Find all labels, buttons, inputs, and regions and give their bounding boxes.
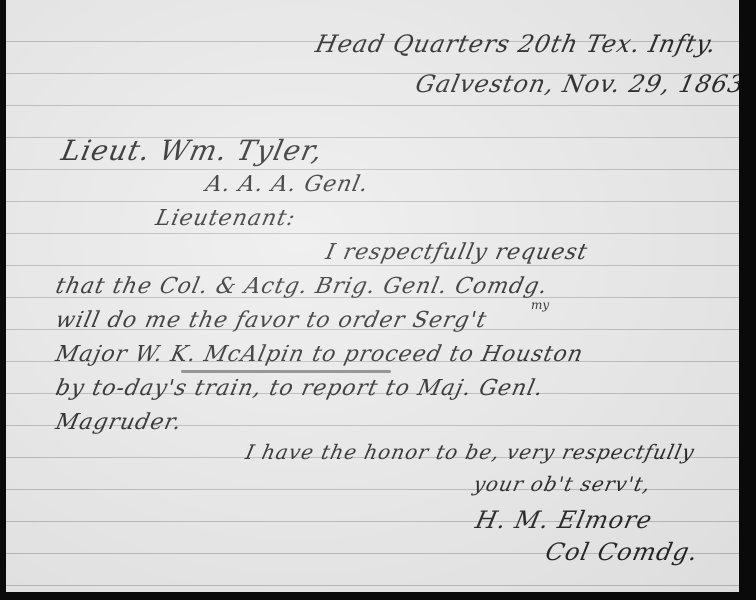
- salutation: Lieutenant:: [153, 206, 298, 231]
- heading-line-1: Head Quarters 20th Tex. Infty.: [313, 30, 719, 58]
- body-line-5: by to-day's train, to report to Maj. Gen…: [53, 376, 546, 401]
- closing-line-2: your ob't serv't,: [471, 472, 653, 496]
- heading-line-2: Galveston, Nov. 29, 1863.: [413, 70, 739, 98]
- body-line-6: Magruder.: [53, 410, 184, 435]
- body-line-1: I respectfully request: [323, 240, 590, 265]
- name-underline: [181, 370, 391, 373]
- body-line-2: that the Col. & Actg. Brig. Genl. Comdg.: [53, 274, 550, 299]
- body-line-4: Major W. K. McAlpin to proceed to Housto…: [53, 342, 585, 367]
- addressee-title: A. A. A. Genl.: [203, 172, 371, 197]
- signature-title: Col Comdg.: [543, 538, 701, 566]
- signature: H. M. Elmore: [473, 506, 655, 534]
- body-line-3: will do me the favor to order Serg't: [53, 308, 489, 333]
- closing-line-1: I have the honor to be, very respectfull…: [243, 440, 697, 464]
- letter-page: Head Quarters 20th Tex. Infty. Galveston…: [6, 0, 739, 592]
- addressee-name: Lieut. Wm. Tyler,: [58, 134, 326, 167]
- insertion-my: my: [531, 298, 549, 312]
